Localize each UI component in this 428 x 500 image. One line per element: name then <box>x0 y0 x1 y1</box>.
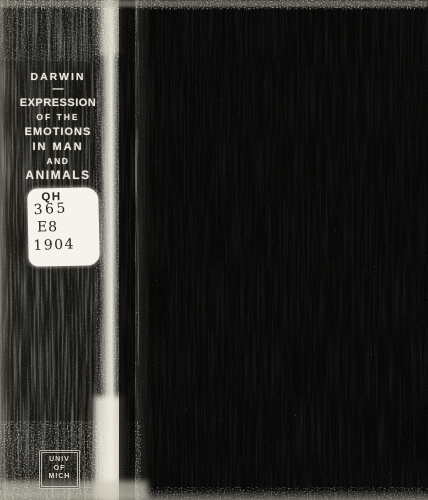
library-stamp-line: OF <box>42 465 77 474</box>
spine-title-line: AND <box>4 156 112 166</box>
spine-author-text: DARWIN <box>4 71 112 83</box>
library-stamp-line: MICH <box>42 473 77 482</box>
bottom-edge-wear <box>0 490 428 500</box>
spine-title-line: ANIMALS <box>4 168 112 182</box>
call-number-line: 1904 <box>33 236 75 254</box>
book-cover-photo: DARWIN — EXPRESSION OF THE EMOTIONS IN M… <box>0 0 428 500</box>
library-stamp-line: UNIV <box>42 456 77 465</box>
spine-title-line: IN MAN <box>4 141 112 153</box>
cover-edge-band <box>135 0 151 500</box>
spine-title-line: OF THE <box>4 112 112 122</box>
library-stamp: UNIV OF MICH <box>39 450 80 489</box>
spine-title-line: EMOTIONS <box>4 126 112 138</box>
call-number-line: 365 <box>33 200 68 218</box>
spine-divider-rule: — <box>4 83 112 95</box>
hinge-groove <box>119 0 135 500</box>
front-cover-panel <box>135 0 428 500</box>
call-number-label: QH 365 E8 1904 <box>27 187 100 266</box>
spine-title-line: EXPRESSION <box>4 97 112 109</box>
call-number-line: E8 <box>37 219 58 235</box>
spine-text-block: DARWIN — EXPRESSION OF THE EMOTIONS IN M… <box>4 0 112 200</box>
